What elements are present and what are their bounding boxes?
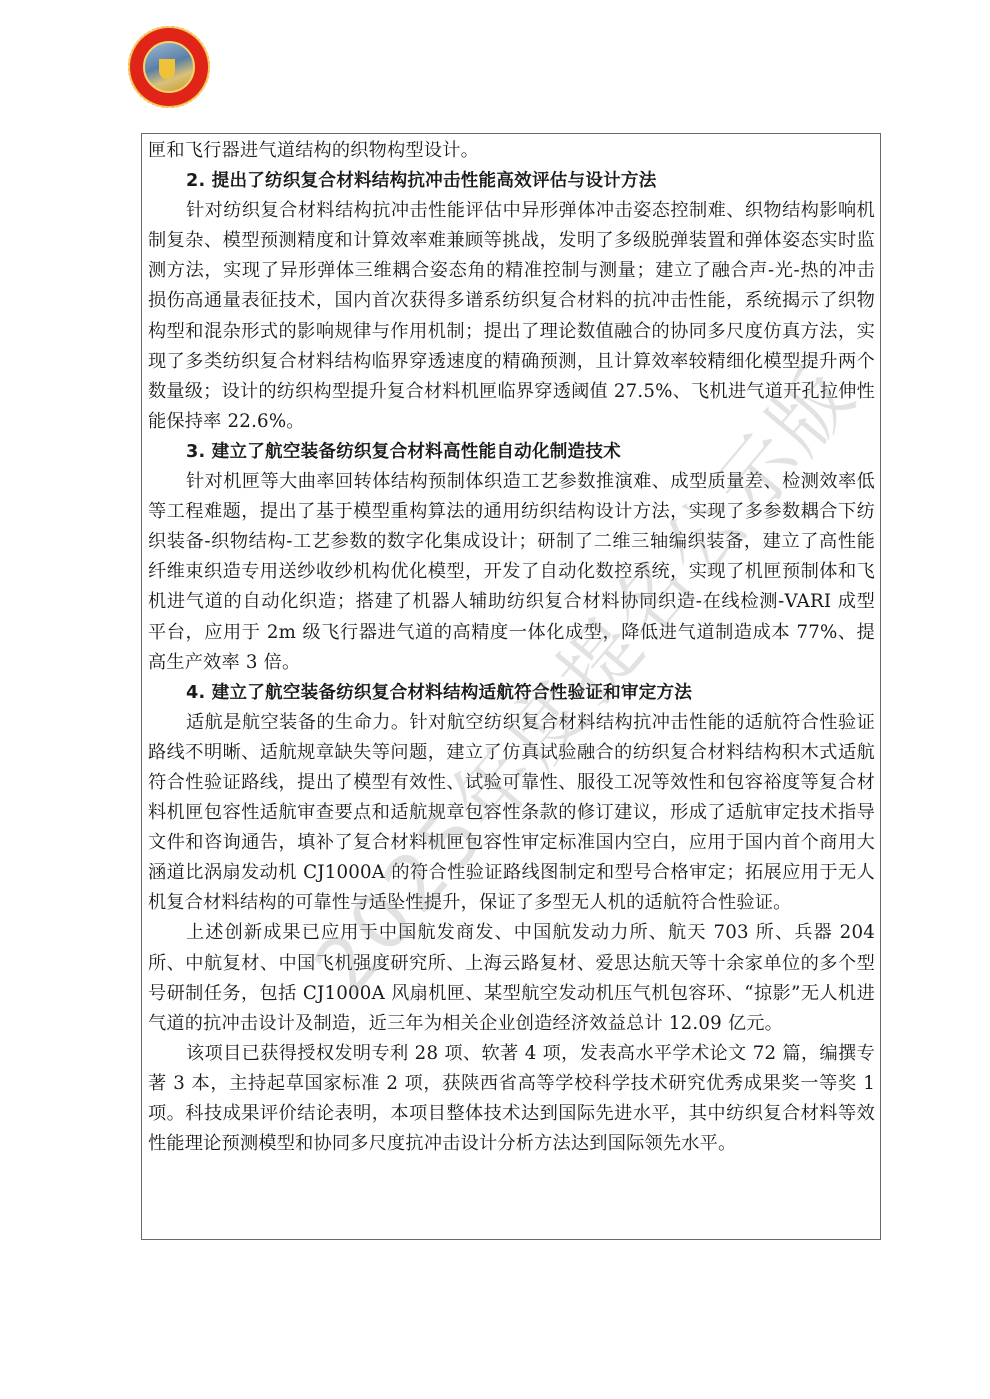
paragraph-section-3: 针对机匣等大曲率回转体结构预制体织造工艺参数推演难、成型质量差、检测效率低等工程… [148, 467, 875, 678]
paragraph-section-4: 适航是航空装备的生命力。针对航空纺织复合材料结构抗冲击性能的适航符合性验证路线不… [148, 708, 875, 919]
paragraph-continuation: 匣和飞行器进气道结构的织物构型设计。 [148, 136, 875, 166]
award-seal-logo [128, 26, 210, 108]
section-heading-4: 4. 建立了航空装备纺织复合材料结构适航符合性验证和审定方法 [148, 678, 875, 708]
section-heading-2: 2. 提出了纺织复合材料结构抗冲击性能高效评估与设计方法 [148, 166, 875, 196]
seal-emblem-image [143, 41, 195, 93]
paragraph-applications: 上述创新成果已应用于中国航发商发、中国航发动力所、航天 703 所、兵器 204… [148, 918, 875, 1038]
document-body: 匣和飞行器进气道结构的织物构型设计。 2. 提出了纺织复合材料结构抗冲击性能高效… [148, 136, 875, 1159]
section-heading-3: 3. 建立了航空装备纺织复合材料高性能自动化制造技术 [148, 437, 875, 467]
trophy-icon [159, 59, 175, 79]
paragraph-achievements: 该项目已获得授权发明专利 28 项、软著 4 项，发表高水平学术论文 72 篇，… [148, 1039, 875, 1159]
paragraph-section-2: 针对纺织复合材料结构抗冲击性能评估中异形弹体冲击姿态控制难、织物结构影响机制复杂… [148, 196, 875, 437]
